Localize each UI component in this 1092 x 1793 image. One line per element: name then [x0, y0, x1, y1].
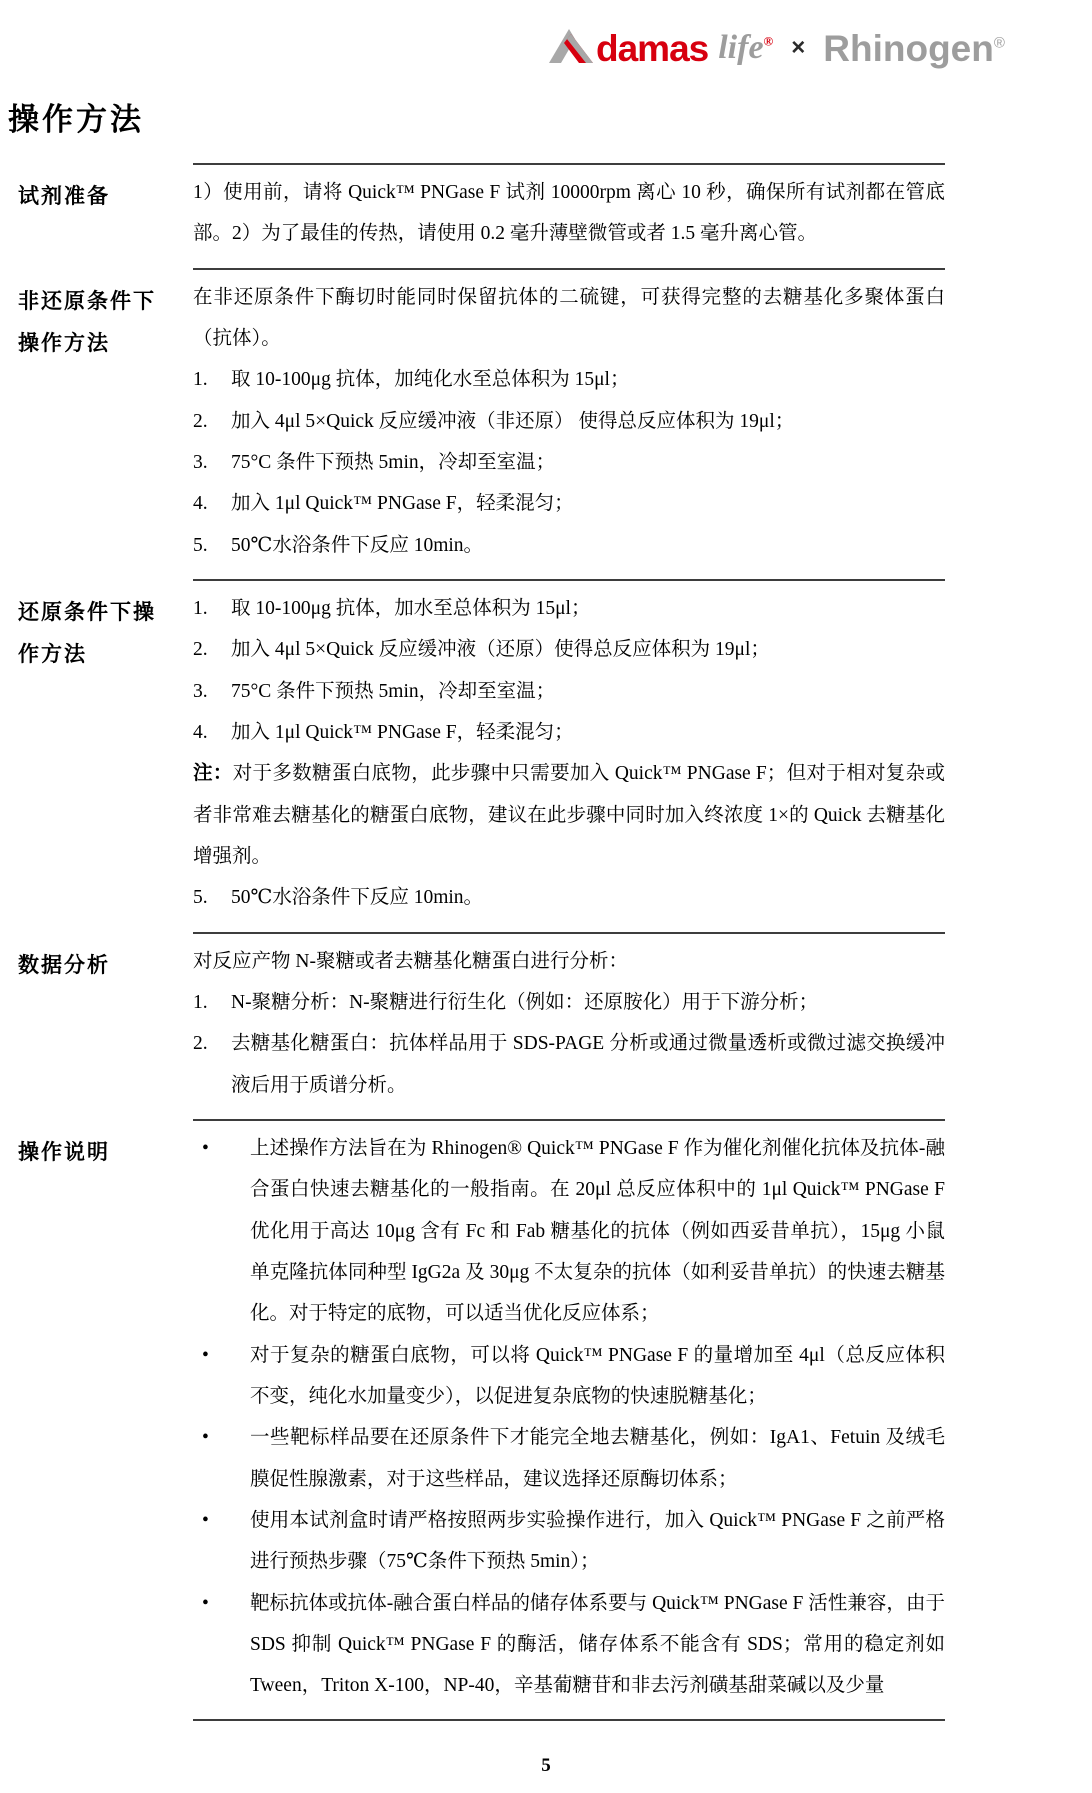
adamas-triangle-icon: [548, 28, 594, 68]
step-row: 1. 取 10-100μg 抗体，加纯化水至总体积为 15μl；: [193, 359, 945, 400]
step-row: 4. 加入 1μl Quick™ PNGase F，轻柔混匀；: [193, 712, 945, 753]
non-reducing-intro: 在非还原条件下酶切时能同时保留抗体的二硫键，可获得完整的去糖基化多聚体蛋白（抗体…: [193, 277, 945, 360]
step-number: 2.: [193, 401, 231, 442]
step-row: 4. 加入 1μl Quick™ PNGase F，轻柔混匀；: [193, 483, 945, 524]
bullet-text: 一些靶标样品要在还原条件下才能完全地去糖基化，例如：IgA1、Fetuin 及绒…: [250, 1417, 945, 1500]
step-number: 1.: [193, 588, 231, 629]
step-number: 4.: [193, 712, 231, 753]
bullet-text: 使用本试剂盒时请严格按照两步实验操作进行，加入 Quick™ PNGase F …: [250, 1500, 945, 1583]
bullet-icon: •: [193, 1335, 250, 1418]
step-text: 取 10-100μg 抗体，加水至总体积为 15μl；: [231, 588, 945, 629]
section-reagent-prep: 试剂准备 1）使用前，请将 Quick™ PNGase F 试剂 10000rp…: [18, 163, 945, 268]
section-label-reducing: 还原条件下操作方法: [18, 579, 168, 932]
step-number: 2.: [193, 629, 231, 670]
note-label: 注：: [193, 763, 233, 784]
step-row: 3. 75°C 条件下预热 5min，冷却至室温；: [193, 671, 945, 712]
bullet-text: 对于复杂的糖蛋白底物，可以将 Quick™ PNGase F 的量增加至 4μl…: [250, 1335, 945, 1418]
step-number: 3.: [193, 671, 231, 712]
bullet-icon: •: [193, 1583, 250, 1707]
step-text: 50℃水浴条件下反应 10min。: [231, 877, 945, 918]
step-number: 3.: [193, 442, 231, 483]
rule-spacer: [18, 1719, 193, 1721]
adamas-life-text: life®: [718, 31, 773, 65]
reducing-note: 注：对于多数糖蛋白底物，此步骤中只需要加入 Quick™ PNGase F；但对…: [193, 753, 945, 877]
data-analysis-intro: 对反应产物 N-聚糖或者去糖基化糖蛋白进行分析：: [193, 941, 945, 982]
step-row: 1. N-聚糖分析：N-聚糖进行衍生化（例如：还原胺化）用于下游分析；: [193, 982, 945, 1023]
step-number: 4.: [193, 483, 231, 524]
step-number: 5.: [193, 877, 231, 918]
bullet-row: • 对于复杂的糖蛋白底物，可以将 Quick™ PNGase F 的量增加至 4…: [193, 1335, 945, 1418]
step-row: 5. 50℃水浴条件下反应 10min。: [193, 877, 945, 918]
header-brand-row: damas life® × Rhinogen®: [548, 22, 1005, 74]
step-text: 50℃水浴条件下反应 10min。: [231, 525, 945, 566]
section-label-instructions: 操作说明: [18, 1119, 168, 1720]
section-body-non-reducing: 在非还原条件下酶切时能同时保留抗体的二硫键，可获得完整的去糖基化多聚体蛋白（抗体…: [193, 268, 945, 579]
bullet-icon: •: [193, 1128, 250, 1335]
page-number: 5: [0, 1755, 1092, 1777]
step-row: 2. 加入 4μl 5×Quick 反应缓冲液（非还原） 使得总反应体积为 19…: [193, 401, 945, 442]
section-instructions: 操作说明 • 上述操作方法旨在为 Rhinogen® Quick™ PNGase…: [18, 1119, 945, 1720]
step-text: 取 10-100μg 抗体，加纯化水至总体积为 15μl；: [231, 359, 945, 400]
step-row: 2. 去糖基化糖蛋白：抗体样品用于 SDS-PAGE 分析或通过微量透析或微过滤…: [193, 1023, 945, 1106]
section-body-reagent-prep: 1）使用前，请将 Quick™ PNGase F 试剂 10000rpm 离心 …: [193, 163, 945, 268]
section-body-instructions: • 上述操作方法旨在为 Rhinogen® Quick™ PNGase F 作为…: [193, 1119, 945, 1720]
section-body-data-analysis: 对反应产物 N-聚糖或者去糖基化糖蛋白进行分析： 1. N-聚糖分析：N-聚糖进…: [193, 932, 945, 1119]
step-text: N-聚糖分析：N-聚糖进行衍生化（例如：还原胺化）用于下游分析；: [231, 982, 945, 1023]
bullet-row: • 上述操作方法旨在为 Rhinogen® Quick™ PNGase F 作为…: [193, 1128, 945, 1335]
section-label-non-reducing: 非还原条件下操作方法: [18, 268, 168, 579]
section-body-reducing: 1. 取 10-100μg 抗体，加水至总体积为 15μl； 2. 加入 4μl…: [193, 579, 945, 932]
adamas-logo: damas life®: [548, 28, 773, 68]
step-row: 3. 75°C 条件下预热 5min，冷却至室温；: [193, 442, 945, 483]
bullet-icon: •: [193, 1417, 250, 1500]
bullet-row: • 一些靶标样品要在还原条件下才能完全地去糖基化，例如：IgA1、Fetuin …: [193, 1417, 945, 1500]
bullet-row: • 靶标抗体或抗体-融合蛋白样品的储存体系要与 Quick™ PNGase F …: [193, 1583, 945, 1707]
step-text: 加入 4μl 5×Quick 反应缓冲液（非还原） 使得总反应体积为 19μl；: [231, 401, 945, 442]
brand-separator: ×: [791, 34, 805, 62]
reagent-prep-paragraph: 1）使用前，请将 Quick™ PNGase F 试剂 10000rpm 离心 …: [193, 172, 945, 255]
rhinogen-logo: Rhinogen®: [823, 30, 1005, 67]
step-text: 加入 1μl Quick™ PNGase F，轻柔混匀；: [231, 712, 945, 753]
document-page: damas life® × Rhinogen® 操作方法 试剂准备 1）使用前，…: [0, 0, 1092, 1793]
rhinogen-brand-text: Rhinogen: [823, 28, 994, 69]
note-text: 对于多数糖蛋白底物，此步骤中只需要加入 Quick™ PNGase F；但对于相…: [193, 763, 945, 867]
step-row: 2. 加入 4μl 5×Quick 反应缓冲液（还原）使得总反应体积为 19μl…: [193, 629, 945, 670]
section-data-analysis: 数据分析 对反应产物 N-聚糖或者去糖基化糖蛋白进行分析： 1. N-聚糖分析：…: [18, 932, 945, 1119]
step-row: 1. 取 10-100μg 抗体，加水至总体积为 15μl；: [193, 588, 945, 629]
adamas-brand-text: damas: [596, 30, 708, 67]
step-number: 2.: [193, 1023, 231, 1106]
step-number: 5.: [193, 525, 231, 566]
bullet-row: • 使用本试剂盒时请严格按照两步实验操作进行，加入 Quick™ PNGase …: [193, 1500, 945, 1583]
step-text: 去糖基化糖蛋白：抗体样品用于 SDS-PAGE 分析或通过微量透析或微过滤交换缓…: [231, 1023, 945, 1106]
step-text: 75°C 条件下预热 5min，冷却至室温；: [231, 671, 945, 712]
bullet-text: 上述操作方法旨在为 Rhinogen® Quick™ PNGase F 作为催化…: [250, 1128, 945, 1335]
step-number: 1.: [193, 359, 231, 400]
section-label-reagent-prep: 试剂准备: [18, 163, 168, 268]
section-non-reducing: 非还原条件下操作方法 在非还原条件下酶切时能同时保留抗体的二硫键，可获得完整的去…: [18, 268, 945, 579]
closing-rule-row: [18, 1719, 945, 1721]
step-text: 加入 1μl Quick™ PNGase F，轻柔混匀；: [231, 483, 945, 524]
rhinogen-reg-mark: ®: [994, 34, 1005, 51]
section-label-data-analysis: 数据分析: [18, 932, 168, 1119]
bottom-rule: [193, 1719, 945, 1721]
adamas-reg-mark: ®: [764, 34, 774, 49]
bullet-icon: •: [193, 1500, 250, 1583]
bullet-text: 靶标抗体或抗体-融合蛋白样品的储存体系要与 Quick™ PNGase F 活性…: [250, 1583, 945, 1707]
section-reducing: 还原条件下操作方法 1. 取 10-100μg 抗体，加水至总体积为 15μl；…: [18, 579, 945, 932]
step-text: 75°C 条件下预热 5min，冷却至室温；: [231, 442, 945, 483]
step-row: 5. 50℃水浴条件下反应 10min。: [193, 525, 945, 566]
step-text: 加入 4μl 5×Quick 反应缓冲液（还原）使得总反应体积为 19μl；: [231, 629, 945, 670]
sections-container: 试剂准备 1）使用前，请将 Quick™ PNGase F 试剂 10000rp…: [18, 163, 945, 1721]
step-number: 1.: [193, 982, 231, 1023]
